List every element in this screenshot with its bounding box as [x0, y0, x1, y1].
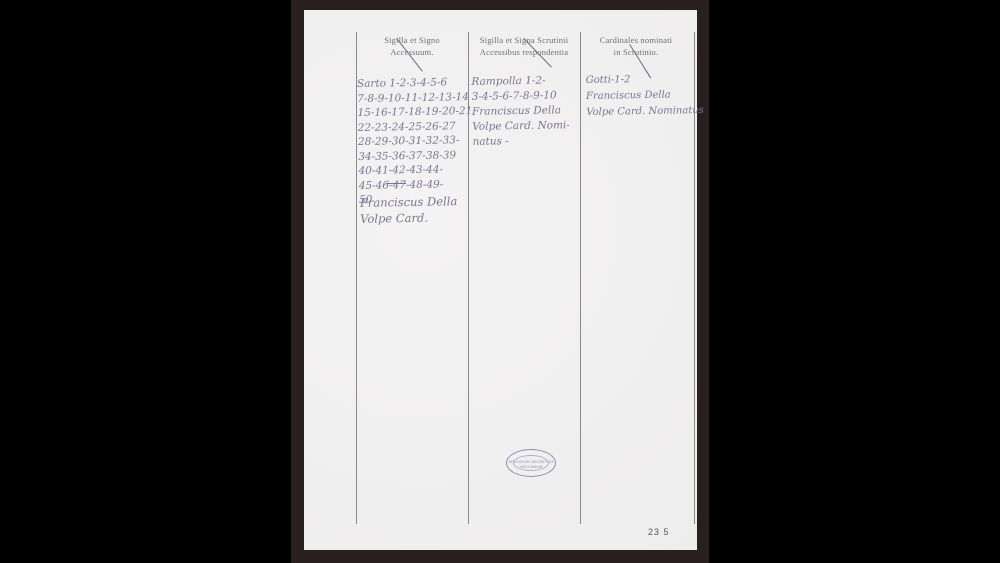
- handwritten-votes-col1: Sarto 1-2-3-4-5-6 7-8-9-10-11-12-13-14 1…: [357, 75, 474, 207]
- column-header-accessus: Sigilla et Signo Accessuum.: [357, 34, 467, 58]
- stamp-text: ARCHIVUM SECRETUM VATICANUM: [507, 459, 555, 469]
- handwritten-votes-col3: Gotti-1-2 Franciscus Della Volpe Card. N…: [586, 71, 704, 121]
- handwritten-rule: [386, 183, 406, 184]
- header-line: Sigilla et Signo: [357, 34, 467, 46]
- handwritten-name-col1: Franciscus Della Volpe Card.: [360, 193, 458, 227]
- header-line: Accessibus respondentia: [469, 46, 579, 58]
- column-rule: [580, 32, 581, 524]
- handwritten-votes-col2: Rampolla 1-2- 3-4-5-6-7-8-9-10 Franciscu…: [471, 73, 570, 150]
- header-line: Accessuum.: [357, 46, 467, 58]
- page-number: 23 5: [648, 527, 670, 537]
- archive-stamp: ARCHIVUM SECRETUM VATICANUM: [506, 449, 556, 477]
- header-line: Cardinales nominati: [581, 34, 691, 46]
